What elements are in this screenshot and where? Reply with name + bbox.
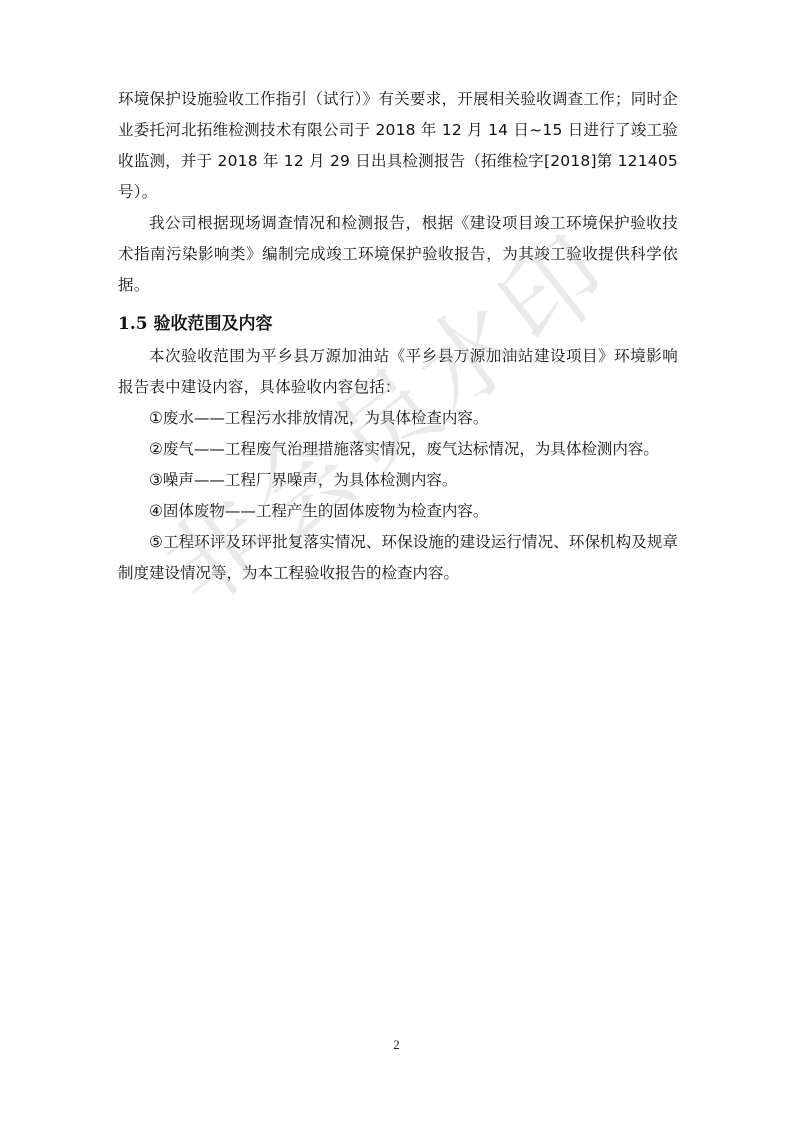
- list-item-wastewater: ①废水——工程污水排放情况，为具体检查内容。: [118, 403, 678, 434]
- list-item-noise: ③噪声——工程厂界噪声，为具体检测内容。: [118, 465, 678, 496]
- list-item-environmental-management: ⑤工程环评及环评批复落实情况、环保设施的建设运行情况、环保机构及规章制度建设情况…: [118, 527, 678, 589]
- list-item-exhaust-gas: ②废气——工程废气治理措施落实情况，废气达标情况，为具体检测内容。: [118, 434, 678, 465]
- document-page: 环境保护设施验收工作指引（试行）》有关要求，开展相关验收调查工作；同时企业委托河…: [0, 0, 793, 1122]
- page-content: 环境保护设施验收工作指引（试行）》有关要求，开展相关验收调查工作；同时企业委托河…: [118, 84, 678, 589]
- list-item-solid-waste: ④固体废物——工程产生的固体废物为检查内容。: [118, 496, 678, 527]
- paragraph-inspection-background: 环境保护设施验收工作指引（试行）》有关要求，开展相关验收调查工作；同时企业委托河…: [118, 84, 678, 208]
- paragraph-report-basis: 我公司根据现场调查情况和检测报告，根据《建设项目竣工环境保护验收技术指南污染影响…: [118, 208, 678, 301]
- section-intro: 本次验收范围为平乡县万源加油站《平乡县万源加油站建设项目》环境影响报告表中建设内…: [118, 341, 678, 403]
- page-number: 2: [0, 1037, 793, 1053]
- section-heading: 1.5 验收范围及内容: [118, 307, 678, 341]
